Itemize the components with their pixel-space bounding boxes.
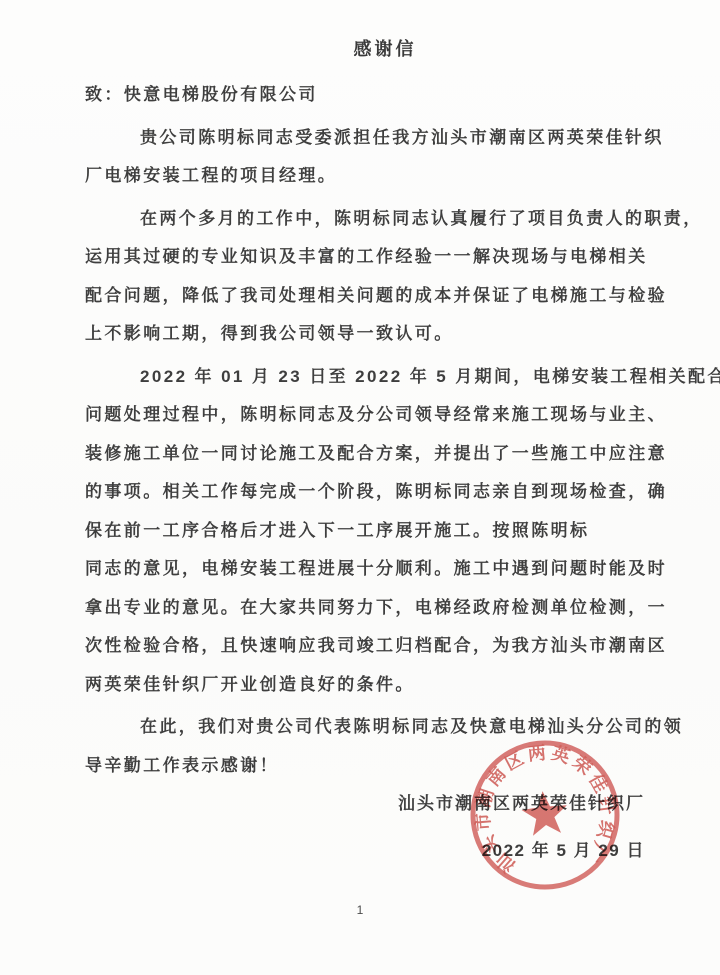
letter-line: 厂电梯安装工程的项目经理。 <box>85 157 645 196</box>
letter-line: 的事项。相关工作每完成一个阶段，陈明标同志亲自到现场检查，确 <box>85 473 645 512</box>
signature-line: 汕头市潮南区两英荣佳针织厂 <box>85 785 645 824</box>
letter-line: 问题处理过程中，陈明标同志及分公司领导经常来施工现场与业主、 <box>85 396 645 435</box>
letter-line: 两英荣佳针织厂开业创造良好的条件。 <box>85 666 645 705</box>
letter-line: 装修施工单位一同讨论施工及配合方案，并提出了一些施工中应注意 <box>85 435 645 474</box>
letter-line: 配合问题，降低了我司处理相关问题的成本并保证了电梯施工与检验 <box>85 277 645 316</box>
letter-line: 在此，我们对贵公司代表陈明标同志及快意电梯汕头分公司的领 <box>85 708 645 747</box>
letter-line: 拿出专业的意见。在大家共同努力下，电梯经政府检测单位检测，一 <box>85 589 645 628</box>
letter-line: 2022 年 01 月 23 日至 2022 年 5 月期间，电梯安装工程相关配… <box>85 358 645 397</box>
letter-line: 运用其过硬的专业知识及丰富的工作经验一一解决现场与电梯相关 <box>85 238 645 277</box>
letter-line: 保在前一工序合格后才进入下一工序展开施工。按照陈明标 <box>85 512 645 551</box>
letter-line: 导辛勤工作表示感谢！ <box>85 747 645 786</box>
letter-line: 次性检验合格，且快速响应我司竣工归档配合，为我方汕头市潮南区 <box>85 627 645 666</box>
letter-body: 贵公司陈明标同志受委派担任我方汕头市潮南区两英荣佳针织厂电梯安装工程的项目经理。… <box>85 119 645 786</box>
letter-content: 感谢信 致：快意电梯股份有限公司 贵公司陈明标同志受委派担任我方汕头市潮南区两英… <box>85 0 645 870</box>
letter-line: 在两个多月的工作中，陈明标同志认真履行了项目负责人的职责， <box>85 200 645 239</box>
letter-title: 感谢信 <box>125 34 645 64</box>
letter-line: 上不影响工期，得到我公司领导一致认可。 <box>85 315 645 354</box>
letter-line: 贵公司陈明标同志受委派担任我方汕头市潮南区两英荣佳针织 <box>85 119 645 158</box>
date-line: 2022 年 5 月 29 日 <box>85 832 645 871</box>
recipient-line: 致：快意电梯股份有限公司 <box>85 76 645 115</box>
page-number: 1 <box>0 903 720 917</box>
letter-page: 感谢信 致：快意电梯股份有限公司 贵公司陈明标同志受委派担任我方汕头市潮南区两英… <box>0 0 720 975</box>
letter-line: 同志的意见，电梯安装工程进展十分顺利。施工中遇到问题时能及时 <box>85 550 645 589</box>
